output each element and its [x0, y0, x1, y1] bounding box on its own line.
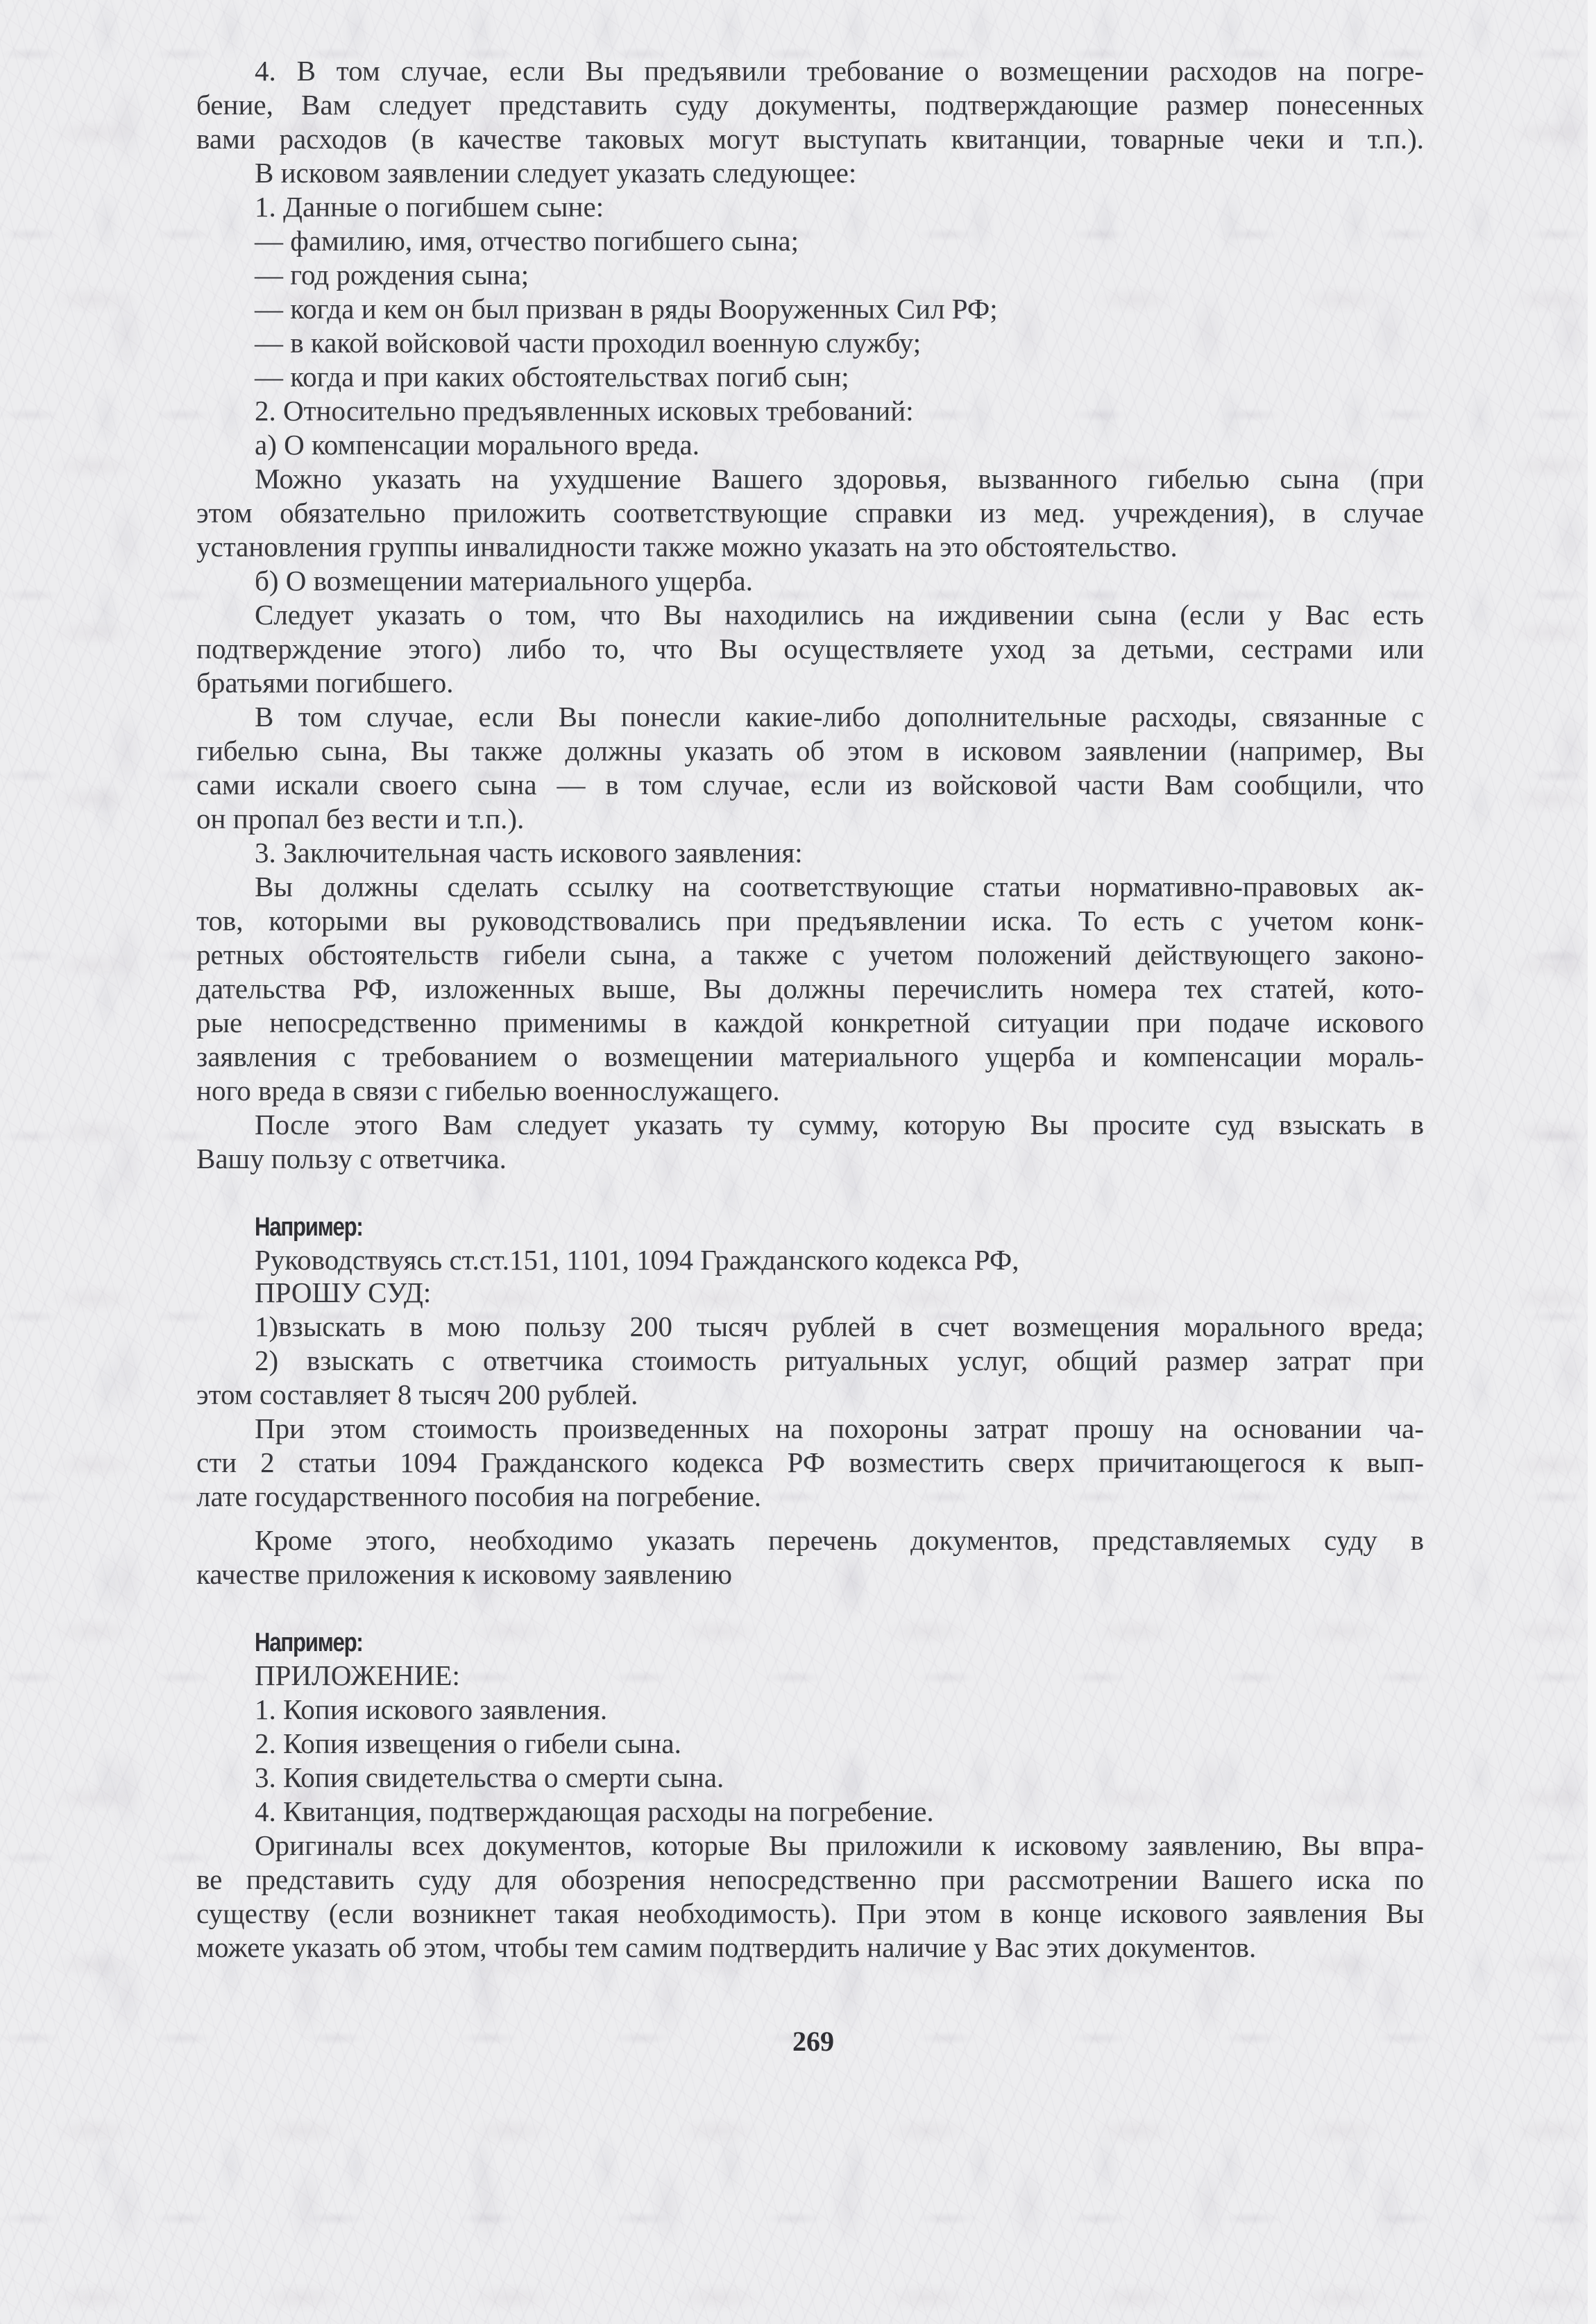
- text-line: Можно указать на ухудшение Вашего здоров…: [255, 462, 1424, 496]
- text-line: Оригиналы всех документов, которые Вы пр…: [255, 1829, 1424, 1863]
- text-line: При этом стоимость произведенных на похо…: [255, 1412, 1424, 1446]
- text-line: сти 2 статьи 1094 Гражданского кодекса Р…: [196, 1446, 1424, 1480]
- text-line: дательства РФ, изложенных выше, Вы должн…: [196, 972, 1424, 1006]
- example-label: Например:: [255, 1626, 363, 1660]
- text-line: установления группы инвалидности также м…: [196, 530, 1178, 564]
- text-line: тов, которыми вы руководствовались при п…: [196, 904, 1424, 938]
- text-line: братьями погибшего.: [196, 666, 453, 700]
- text-line: Вашу пользу с ответчика.: [196, 1142, 507, 1176]
- text-line: Руководствуясь ст.ст.151, 1101, 1094 Гра…: [255, 1243, 1019, 1277]
- text-line: Кроме этого, необходимо указать перечень…: [255, 1523, 1424, 1557]
- text-line: После этого Вам следует указать ту сумму…: [255, 1108, 1424, 1142]
- text-line: Вы должны сделать ссылку на соответствую…: [255, 870, 1424, 904]
- text-line: 2) взыскать с ответчика стоимость ритуал…: [255, 1344, 1424, 1378]
- text-line: этом составляет 8 тысяч 200 рублей.: [196, 1378, 638, 1412]
- text-line: сами искали своего сына — в том случае, …: [196, 768, 1424, 802]
- text-line: 1. Копия искового заявления.: [255, 1693, 607, 1727]
- text-line: 2. Относительно предъявленных исковых тр…: [255, 394, 914, 428]
- text-line: 4. В том случае, если Вы предъявили треб…: [255, 54, 1424, 88]
- example-label: Например:: [255, 1211, 363, 1245]
- text-line: 3. Заключительная часть искового заявлен…: [255, 836, 803, 870]
- text-line: ПРИЛОЖЕНИЕ:: [255, 1659, 460, 1693]
- page-edge: [1588, 0, 1596, 2324]
- text-line: качестве приложения к исковому заявлению: [196, 1557, 732, 1591]
- text-line: ве представить суду для обозрения непоср…: [196, 1863, 1424, 1897]
- text-line: а) О компенсации морального вреда.: [255, 428, 699, 462]
- text-line: — в какой войсковой части проходил военн…: [255, 326, 921, 360]
- text-line: рые непосредственно применимы в каждой к…: [196, 1006, 1424, 1040]
- text-line: — когда и при каких обстоятельствах поги…: [255, 360, 849, 394]
- text-line: гибелью сына, Вы также должны указать об…: [196, 734, 1424, 768]
- text-line: вами расходов (в качестве таковых могут …: [196, 122, 1424, 156]
- text-line: заявления с требованием о возмещении мат…: [196, 1040, 1424, 1074]
- text-line: В исковом заявлении следует указать след…: [255, 156, 856, 190]
- text-line: 4. Квитанция, подтверждающая расходы на …: [255, 1795, 934, 1829]
- text-line: ного вреда в связи с гибелью военнослужа…: [196, 1074, 780, 1108]
- text-line: подтверждение этого) либо то, что Вы осу…: [196, 632, 1424, 666]
- text-line: 1. Данные о погибшем сыне:: [255, 190, 604, 224]
- text-line: 3. Копия свидетельства о смерти сына.: [255, 1761, 724, 1795]
- document-page: 4. В том случае, если Вы предъявили треб…: [0, 0, 1596, 2324]
- text-line: Следует указать о том, что Вы находились…: [255, 598, 1424, 632]
- text-line: существу (если возникнет такая необходим…: [196, 1897, 1424, 1931]
- text-line: — когда и кем он был призван в ряды Воор…: [255, 292, 998, 326]
- text-line: он пропал без вести и т.п.).: [196, 802, 524, 836]
- text-line: — фамилию, имя, отчество погибшего сына;: [255, 224, 799, 258]
- text-line: 2. Копия извещения о гибели сына.: [255, 1727, 681, 1761]
- text-line: ретных обстоятельств гибели сына, а такж…: [196, 938, 1424, 972]
- text-line: можете указать об этом, чтобы тем самим …: [196, 1931, 1256, 1965]
- text-line: б) О возмещении материального ущерба.: [255, 564, 753, 598]
- text-line: В том случае, если Вы понесли какие-либо…: [255, 700, 1424, 734]
- text-line: ПРОШУ СУД:: [255, 1276, 431, 1310]
- text-line: бение, Вам следует представить суду доку…: [196, 88, 1424, 122]
- text-line: лате государственного пособия на погребе…: [196, 1480, 761, 1514]
- text-line: этом обязательно приложить соответствующ…: [196, 496, 1424, 530]
- text-line: 1)взыскать в мою пользу 200 тысяч рублей…: [255, 1310, 1424, 1344]
- page-number: 269: [791, 2024, 835, 2058]
- text-line: — год рождения сына;: [255, 258, 529, 292]
